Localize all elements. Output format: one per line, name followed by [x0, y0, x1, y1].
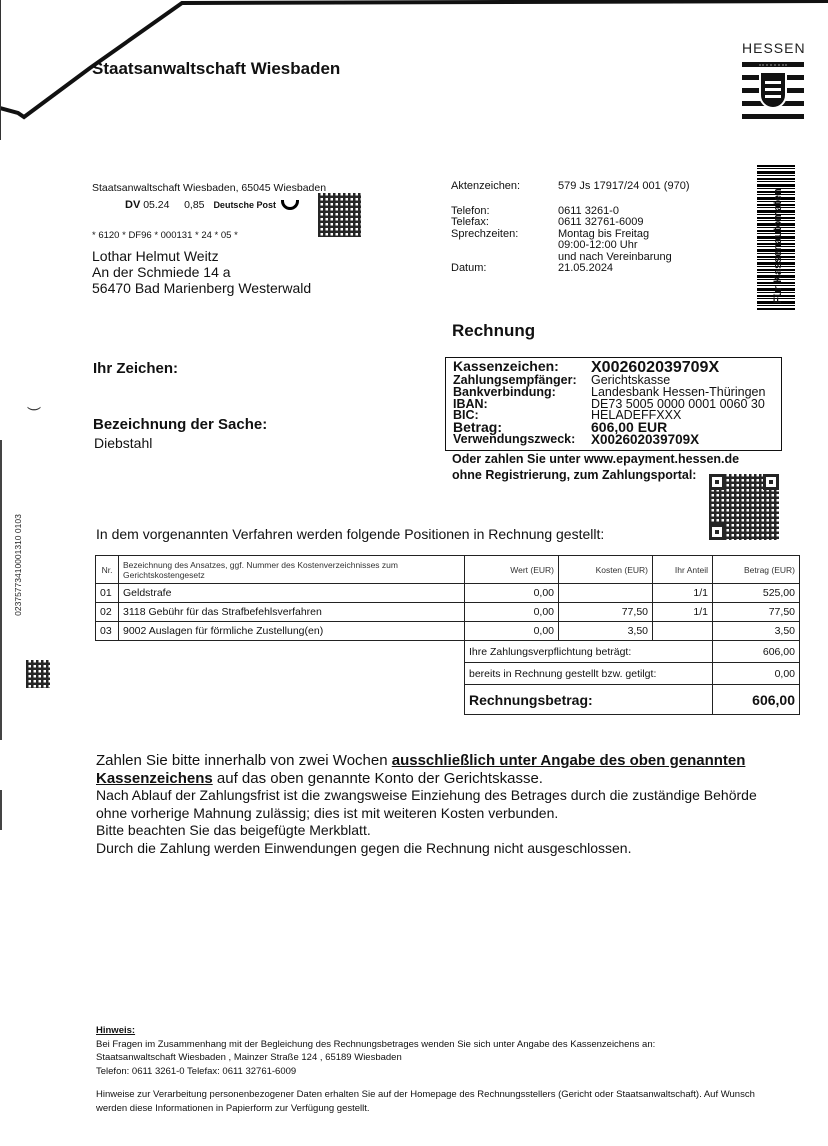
zweck-value: X002602039709X	[591, 434, 699, 446]
notice-p1-start: Zahlen Sie bitte innerhalb von zwei Woch…	[96, 752, 392, 769]
notice-p1-end: auf das oben genannte Konto der Gerichts…	[213, 770, 543, 787]
row-nr: 01	[96, 584, 119, 603]
telefax-label: Telefax:	[451, 217, 558, 229]
recipient-street: An der Schmiede 14 a	[92, 264, 311, 280]
epayment-qr-code[interactable]	[709, 474, 779, 540]
row-nr: 03	[96, 622, 119, 641]
row-desc: Geldstrafe	[119, 584, 465, 603]
positions-intro: In dem vorgenannten Verfahren werden fol…	[96, 526, 604, 542]
notice-paragraph-3: Bitte beachten Sie das beigefügte Merkbl…	[96, 822, 776, 840]
hessen-logo: HESSEN	[742, 40, 804, 120]
row-betrag: 77,50	[713, 603, 800, 622]
col-kosten: Kosten (EUR)	[559, 556, 653, 584]
recipient-city: 56470 Bad Marienberg Westerwald	[92, 280, 311, 296]
hessen-coat-of-arms-icon	[742, 62, 804, 120]
row-wert: 0,00	[465, 622, 559, 641]
col-wert: Wert (EUR)	[465, 556, 559, 584]
ihr-zeichen-label: Ihr Zeichen:	[93, 360, 178, 377]
summary-row-getilgt: bereits in Rechnung gestellt bzw. getilg…	[96, 663, 800, 685]
payment-details-box: Kassenzeichen:X002602039709X Zahlungsemp…	[445, 357, 782, 451]
footer-line-4: Hinweise zur Verarbeitung personenbezoge…	[96, 1088, 776, 1115]
table-row: 02 3118 Gebühr für das Strafbefehlsverfa…	[96, 603, 800, 622]
datum-label: Datum:	[451, 263, 558, 275]
franking-mark: DV 05.24 0,85 Deutsche Post	[125, 199, 299, 211]
row-wert: 0,00	[465, 603, 559, 622]
sache-value: Diebstahl	[94, 435, 152, 451]
margin-tracking-code: 02375773410001310 0103	[13, 495, 23, 635]
scan-edge	[0, 440, 2, 740]
row-anteil: 1/1	[653, 584, 713, 603]
datum-value: 21.05.2024	[558, 263, 613, 275]
total-label: Rechnungsbetrag:	[465, 685, 713, 715]
case-info: Aktenzeichen:579 Js 17917/24 001 (970) T…	[451, 181, 690, 275]
table-row: 03 9002 Auslagen für förmliche Zustellun…	[96, 622, 800, 641]
carrier-name: Deutsche Post	[213, 200, 276, 210]
franking-date: 05.24	[143, 199, 169, 211]
document-title: Rechnung	[452, 321, 535, 341]
notice-paragraph-4: Durch die Zahlung werden Einwendungen ge…	[96, 840, 776, 858]
summary-row-verpflichtung: Ihre Zahlungsverpflichtung beträgt: 606,…	[96, 641, 800, 663]
row-kosten: 77,50	[559, 603, 653, 622]
row-anteil: 1/1	[653, 603, 713, 622]
getilgt-value: 0,00	[713, 663, 800, 685]
sender-title: Staatsanwaltschaft Wiesbaden	[92, 59, 340, 79]
footer-line-1: Bei Fragen im Zusammenhang mit der Begle…	[96, 1038, 776, 1052]
row-wert: 0,00	[465, 584, 559, 603]
hessen-wordmark: HESSEN	[742, 40, 804, 56]
notice-paragraph-1: Zahlen Sie bitte innerhalb von zwei Woch…	[96, 752, 776, 787]
sprechzeiten-line-2: 09:00-12:00 Uhr	[558, 240, 638, 252]
return-address: Staatsanwaltschaft Wiesbaden, 65045 Wies…	[92, 182, 326, 194]
barcode-label: Für Kassenautomaten	[772, 176, 784, 316]
col-desc: Bezeichnung des Ansatzes, ggf. Nummer de…	[119, 556, 465, 584]
epayment-line-2: ohne Registrierung, zum Zahlungsportal:	[452, 467, 739, 483]
footer-line-2: Staatsanwaltschaft Wiesbaden , Mainzer S…	[96, 1051, 776, 1065]
franking-code: DV	[125, 199, 140, 211]
col-betrag: Betrag (EUR)	[713, 556, 800, 584]
sprechzeiten-label: Sprechzeiten:	[451, 229, 558, 241]
cost-table: Nr. Bezeichnung des Ansatzes, ggf. Numme…	[95, 555, 800, 715]
zweck-label: Verwendungszweck:	[453, 434, 591, 446]
aktenzeichen-value: 579 Js 17917/24 001 (970)	[558, 181, 690, 193]
row-anteil	[653, 622, 713, 641]
epayment-note: Oder zahlen Sie unter www.epayment.hesse…	[452, 451, 739, 483]
postal-code-line: * 6120 * DF96 * 000131 * 24 * 05 *	[92, 230, 238, 241]
recipient-address: Lothar Helmut Weitz An der Schmiede 14 a…	[92, 248, 311, 296]
epayment-line-1[interactable]: Oder zahlen Sie unter www.epayment.hesse…	[452, 451, 739, 467]
row-nr: 02	[96, 603, 119, 622]
margin-datamatrix-code	[26, 660, 50, 688]
row-betrag: 3,50	[713, 622, 800, 641]
verpflichtung-label: Ihre Zahlungsverpflichtung beträgt:	[465, 641, 713, 663]
payment-notice: Zahlen Sie bitte innerhalb von zwei Woch…	[96, 752, 776, 857]
row-betrag: 525,00	[713, 584, 800, 603]
footer-heading: Hinweis:	[96, 1024, 776, 1038]
footer-hint: Hinweis: Bei Fragen im Zusammenhang mit …	[96, 1024, 776, 1115]
col-anteil: Ihr Anteil	[653, 556, 713, 584]
aktenzeichen-label: Aktenzeichen:	[451, 181, 558, 193]
punch-mark: )	[27, 407, 43, 412]
row-desc: 3118 Gebühr für das Strafbefehlsverfahre…	[119, 603, 465, 622]
col-nr: Nr.	[96, 556, 119, 584]
verpflichtung-value: 606,00	[713, 641, 800, 663]
getilgt-label: bereits in Rechnung gestellt bzw. getilg…	[465, 663, 713, 685]
footer-line-3: Telefon: 0611 3261-0 Telefax: 0611 32761…	[96, 1065, 776, 1079]
franking-datamatrix-code	[318, 193, 361, 237]
table-row: 01 Geldstrafe 0,00 1/1 525,00	[96, 584, 800, 603]
posthorn-icon	[281, 200, 299, 210]
row-kosten: 3,50	[559, 622, 653, 641]
sache-label: Bezeichnung der Sache:	[93, 416, 267, 433]
table-header-row: Nr. Bezeichnung des Ansatzes, ggf. Numme…	[96, 556, 800, 584]
notice-paragraph-2: Nach Ablauf der Zahlungsfrist ist die zw…	[96, 787, 776, 822]
recipient-name: Lothar Helmut Weitz	[92, 248, 311, 264]
row-desc: 9002 Auslagen für förmliche Zustellung(e…	[119, 622, 465, 641]
row-kosten	[559, 584, 653, 603]
summary-row-total: Rechnungsbetrag: 606,00	[96, 685, 800, 715]
telefax-value: 0611 32761-6009	[558, 217, 643, 229]
scan-edge	[0, 790, 2, 830]
franking-value: 0,85	[184, 199, 204, 211]
total-value: 606,00	[713, 685, 800, 715]
